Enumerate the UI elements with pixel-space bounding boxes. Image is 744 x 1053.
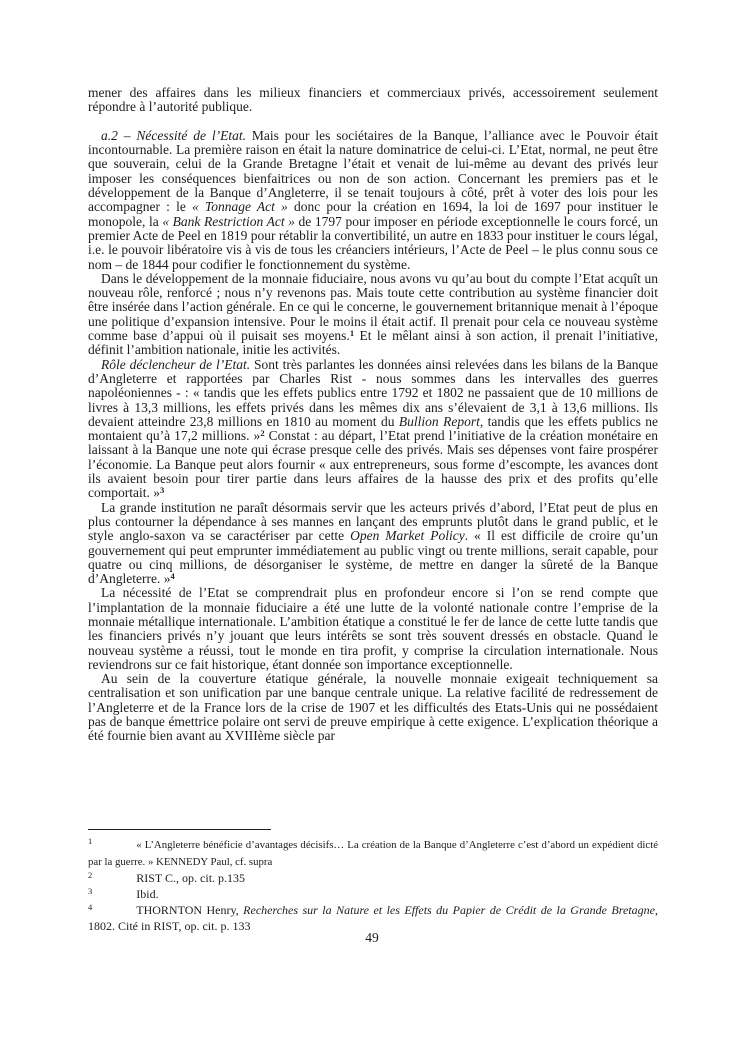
footnote-reference: 3 bbox=[160, 485, 164, 495]
text-run: THORNTON Henry, bbox=[136, 903, 243, 917]
text-run: La nécessité de l’Etat se comprendrait p… bbox=[88, 585, 658, 671]
footnote: 2RIST C., op. cit. p.135 bbox=[88, 870, 658, 886]
italic-text-run: Bullion Report bbox=[399, 414, 480, 429]
footnote-reference: 2 bbox=[260, 428, 264, 438]
footnote-area: 1« L’Angleterre bénéficie d’avantages dé… bbox=[88, 829, 658, 934]
italic-text-run: Open Market Policy bbox=[350, 528, 465, 543]
footnote-number: 4 bbox=[88, 902, 92, 912]
italic-text-run: Recherches sur la Nature et les Effets d… bbox=[243, 903, 655, 917]
paragraph: a.2 – Nécessité de l’Etat. Mais pour les… bbox=[88, 129, 658, 272]
document-body: mener des affaires dans les milieux fina… bbox=[88, 86, 658, 744]
italic-text-run: a.2 – Nécessité de l’Etat. bbox=[101, 128, 246, 143]
text-run: Ibid. bbox=[136, 887, 158, 901]
footnote-number: 2 bbox=[88, 870, 92, 880]
footnote-number: 3 bbox=[88, 886, 92, 896]
paragraph: Rôle déclencheur de l’Etat. Sont très pa… bbox=[88, 358, 658, 501]
page-number: 49 bbox=[0, 930, 744, 946]
paragraph: mener des affaires dans les milieux fina… bbox=[88, 86, 658, 115]
text-run: mener des affaires dans les milieux fina… bbox=[88, 85, 658, 114]
paragraph: Dans le développement de la monnaie fidu… bbox=[88, 272, 658, 358]
italic-text-run: Rôle déclencheur de l’Etat. bbox=[101, 357, 250, 372]
footnote-reference: 4 bbox=[170, 571, 174, 581]
paragraph: La nécessité de l’Etat se comprendrait p… bbox=[88, 586, 658, 672]
footnote: 1« L’Angleterre bénéficie d’avantages dé… bbox=[88, 837, 658, 870]
paragraph: Au sein de la couverture étatique généra… bbox=[88, 672, 658, 743]
footnote: 3Ibid. bbox=[88, 886, 658, 902]
footnote-number: 1 bbox=[88, 836, 92, 846]
footnote-list: 1« L’Angleterre bénéficie d’avantages dé… bbox=[88, 837, 658, 934]
document-page: mener des affaires dans les milieux fina… bbox=[0, 0, 744, 1053]
italic-text-run: « Bank Restriction Act » bbox=[162, 214, 295, 229]
text-run: RIST C., op. cit. p.135 bbox=[136, 871, 245, 885]
text-run: Au sein de la couverture étatique généra… bbox=[88, 671, 658, 743]
text-run: « L’Angleterre bénéficie d’avantages déc… bbox=[88, 839, 658, 868]
footnote-separator bbox=[88, 829, 271, 830]
italic-text-run: « Tonnage Act » bbox=[192, 199, 288, 214]
paragraph: La grande institution ne paraît désormai… bbox=[88, 501, 658, 587]
footnote-reference: 1 bbox=[350, 328, 354, 338]
